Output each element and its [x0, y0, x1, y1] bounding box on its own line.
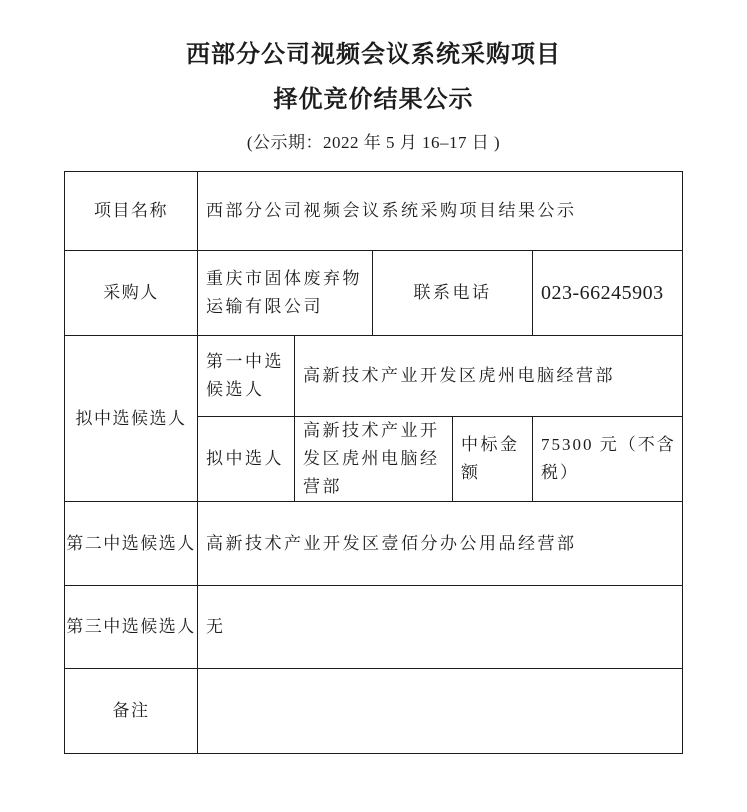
contact-phone-label: 联系电话: [373, 251, 533, 336]
award-amount-label: 中标金额: [453, 417, 533, 502]
award-amount-value: 75300 元（不含税）: [533, 417, 683, 502]
row-purchaser: 采购人 重庆市固体废弃物运输有限公司 联系电话 023-66245903: [65, 251, 683, 336]
row-project-name: 项目名称 西部分公司视频会议系统采购项目结果公示: [65, 172, 683, 251]
third-candidate-label: 第三中选候选人: [65, 586, 198, 669]
purchaser-value: 重庆市固体废弃物运输有限公司: [198, 251, 373, 336]
document-title-line1: 西部分公司视频会议系统采购项目: [0, 40, 747, 70]
second-candidate-value: 高新技术产业开发区壹佰分办公用品经营部: [198, 502, 683, 586]
remarks-label: 备注: [65, 669, 198, 754]
publicity-period-line: (公示期：2022 年 5 月 16–17 日 ): [0, 132, 747, 154]
proposed-candidates-label: 拟中选候选人: [65, 336, 198, 502]
row-remarks: 备注: [65, 669, 683, 754]
document-title-line2: 择优竞价结果公示: [0, 85, 747, 115]
second-candidate-label: 第二中选候选人: [65, 502, 198, 586]
results-table: 项目名称 西部分公司视频会议系统采购项目结果公示 采购人 重庆市固体废弃物运输有…: [64, 171, 683, 754]
proposed-winner-value: 高新技术产业开发区虎州电脑经营部: [295, 417, 453, 502]
third-candidate-value: 无: [198, 586, 683, 669]
first-candidate-value: 高新技术产业开发区虎州电脑经营部: [295, 336, 683, 417]
project-name-label: 项目名称: [65, 172, 198, 251]
remarks-value: [198, 669, 683, 754]
purchaser-label: 采购人: [65, 251, 198, 336]
announcement-document: 西部分公司视频会议系统采购项目 择优竞价结果公示 (公示期：2022 年 5 月…: [0, 0, 747, 754]
first-candidate-label: 第一中选候选人: [198, 336, 295, 417]
proposed-winner-label: 拟中选人: [198, 417, 295, 502]
contact-phone-value: 023-66245903: [533, 251, 683, 336]
row-first-candidate: 拟中选候选人 第一中选候选人 高新技术产业开发区虎州电脑经营部: [65, 336, 683, 417]
row-second-candidate: 第二中选候选人 高新技术产业开发区壹佰分办公用品经营部: [65, 502, 683, 586]
project-name-value: 西部分公司视频会议系统采购项目结果公示: [198, 172, 683, 251]
row-third-candidate: 第三中选候选人 无: [65, 586, 683, 669]
